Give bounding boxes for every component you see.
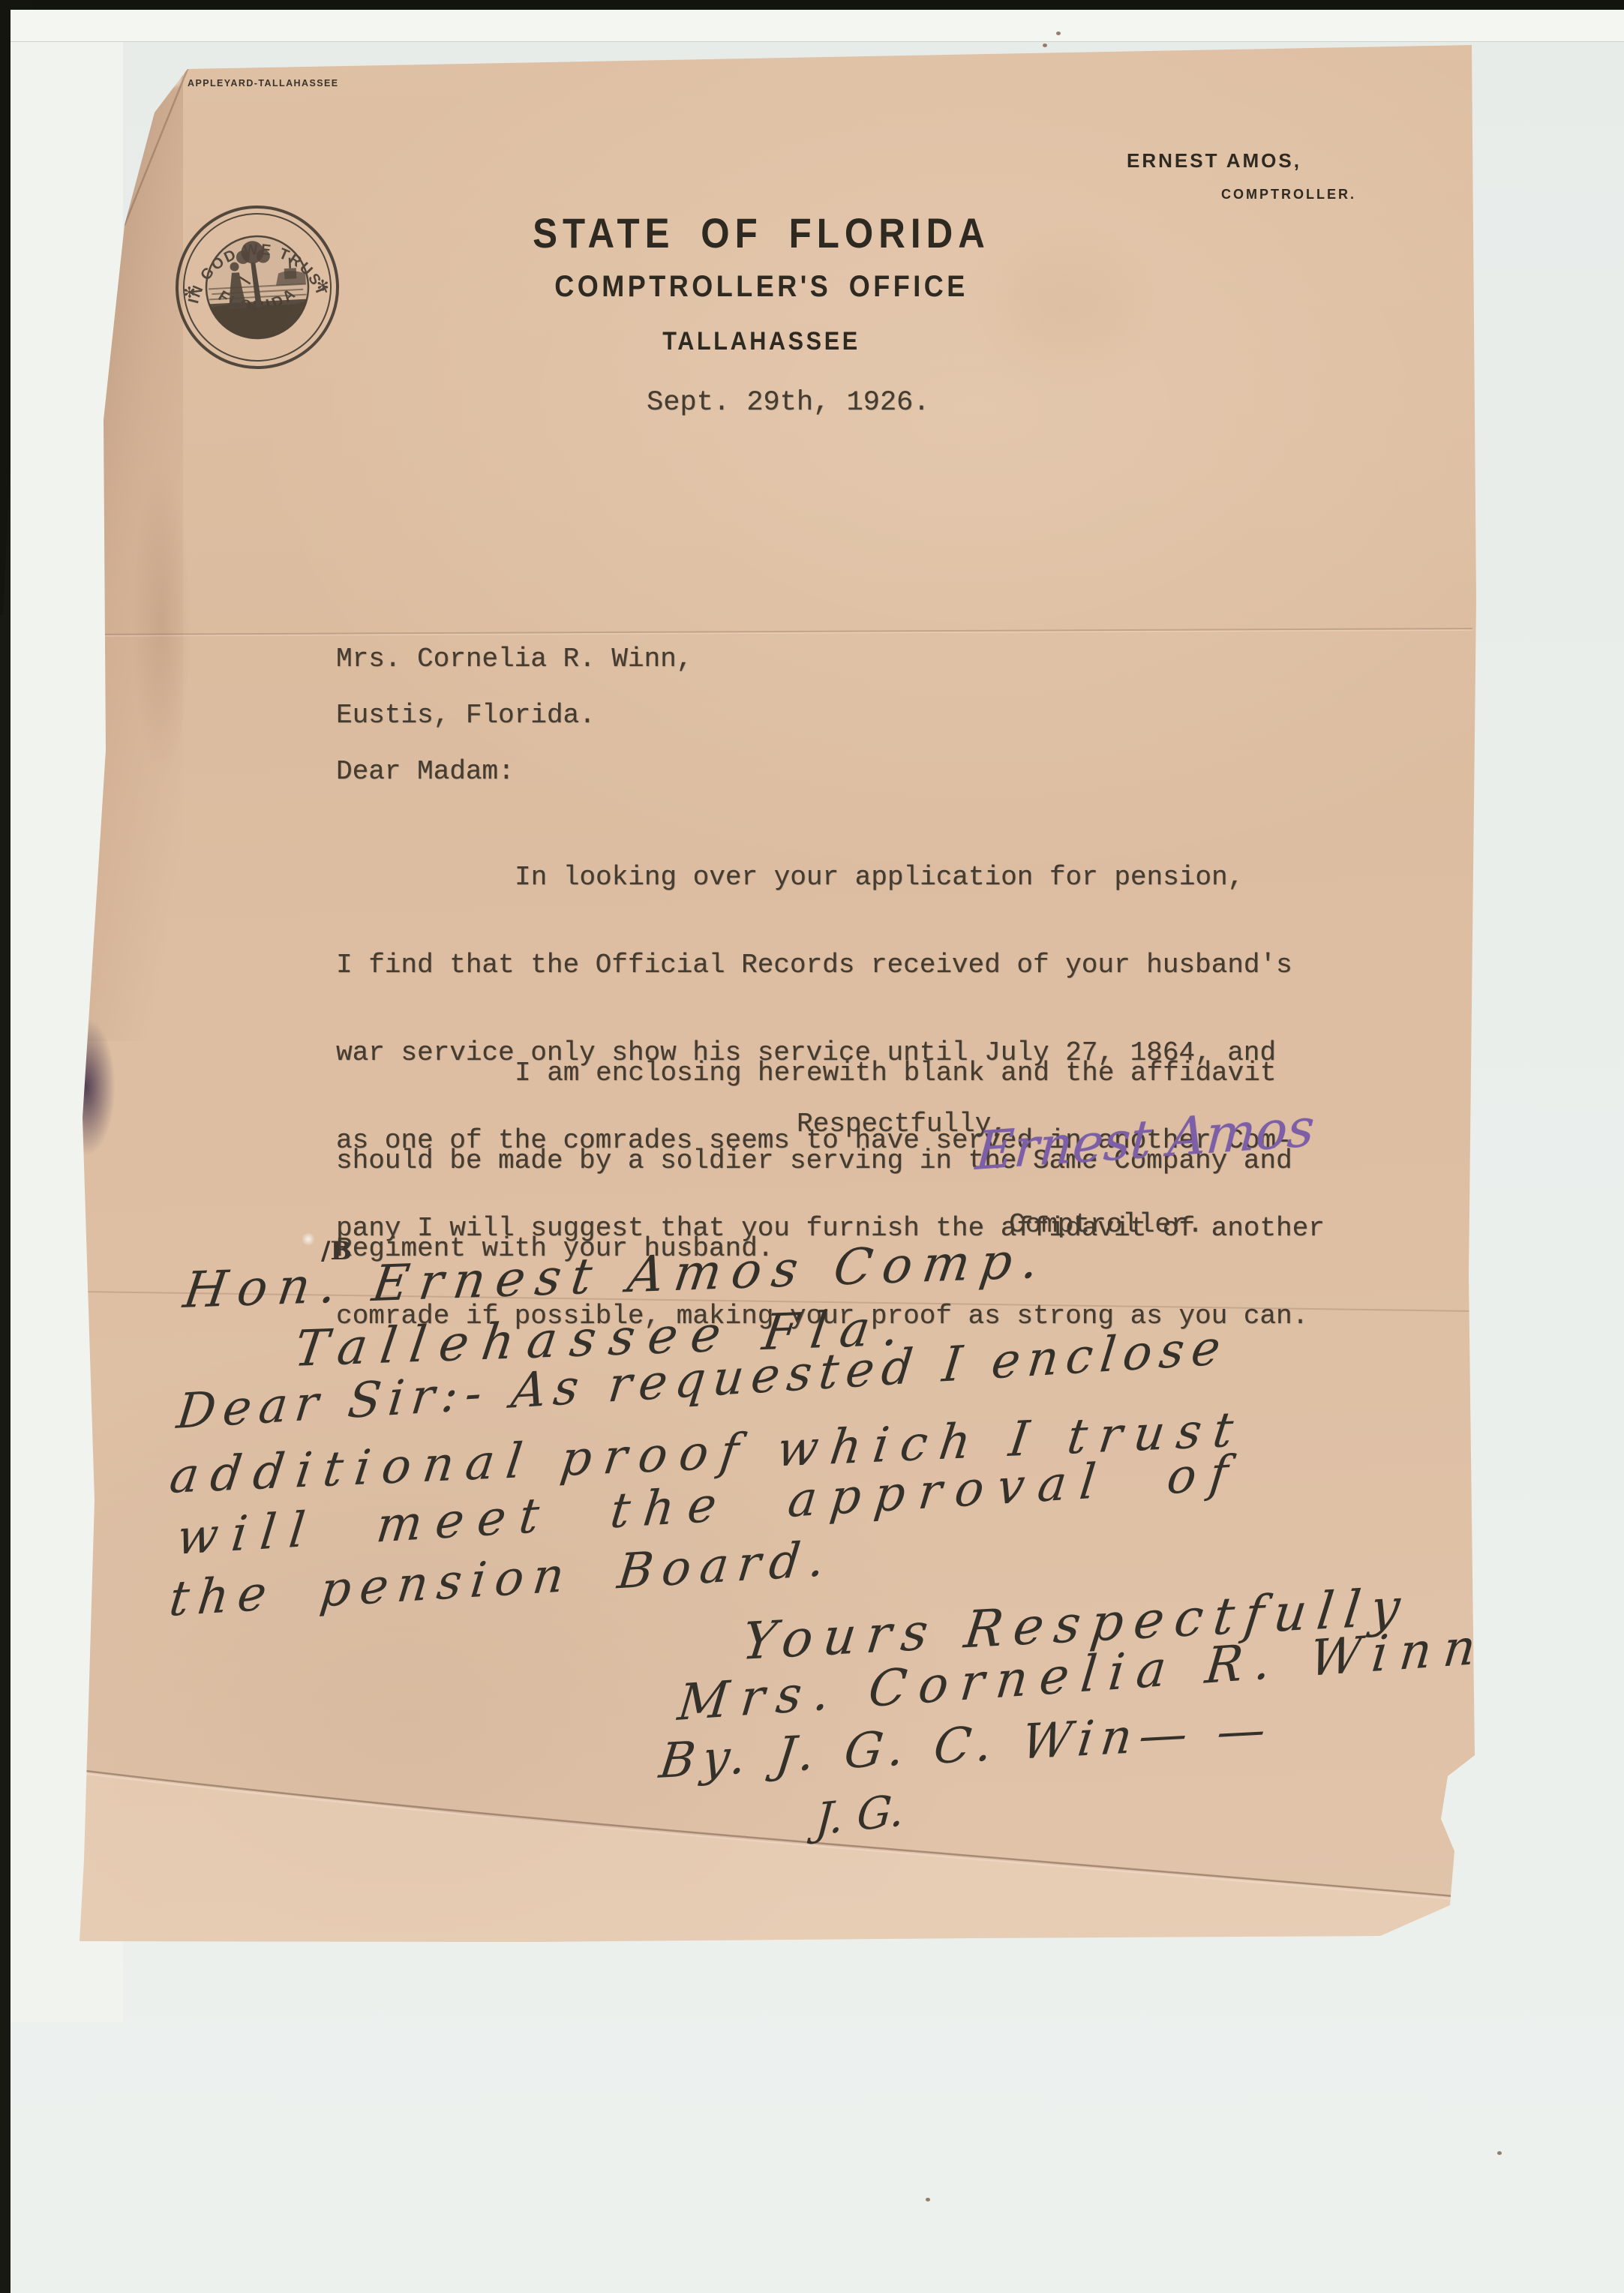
- debris-speck: [1043, 44, 1047, 47]
- salutation: Dear Madam:: [336, 756, 515, 787]
- organization-name: STATE OF FLORIDA: [164, 209, 1359, 257]
- letter-date: Sept. 29th, 1926.: [647, 387, 929, 419]
- office-name: COMPTROLLER'S OFFICE: [151, 270, 1373, 304]
- recipient-address: Eustis, Florida.: [336, 700, 596, 731]
- recipient-name: Mrs. Cornelia R. Winn,: [336, 644, 692, 674]
- scanner-backing-strip: [11, 10, 1624, 42]
- officer-name: ERNEST AMOS,: [1127, 149, 1301, 173]
- debris-speck: [1497, 2151, 1502, 2155]
- paragraph-2-line: I am enclosing herewith blank and the af…: [336, 1058, 1379, 1088]
- debris-speck: [1056, 32, 1061, 35]
- paragraph-1-line: I find that the Official Records receive…: [336, 950, 1379, 980]
- city-name: TALLAHASSEE: [151, 327, 1373, 356]
- handwritten-line-initials: J. G.: [814, 1784, 905, 1845]
- letter-paper: IN GOD WE TRUST FLORIDA ✻ ✻: [0, 0, 1624, 2293]
- printer-imprint: APPLEYARD-TALLAHASSEE: [188, 77, 339, 89]
- paragraph-1-line: In looking over your application for pen…: [336, 863, 1379, 892]
- closing-line: Respectfully,: [797, 1109, 1007, 1139]
- scanner-frame-top: [0, 0, 1624, 10]
- debris-speck: [926, 2198, 930, 2201]
- officer-title: COMPTROLLER.: [1221, 187, 1356, 203]
- scanned-letter-page: IN GOD WE TRUST FLORIDA ✻ ✻: [0, 0, 1624, 2293]
